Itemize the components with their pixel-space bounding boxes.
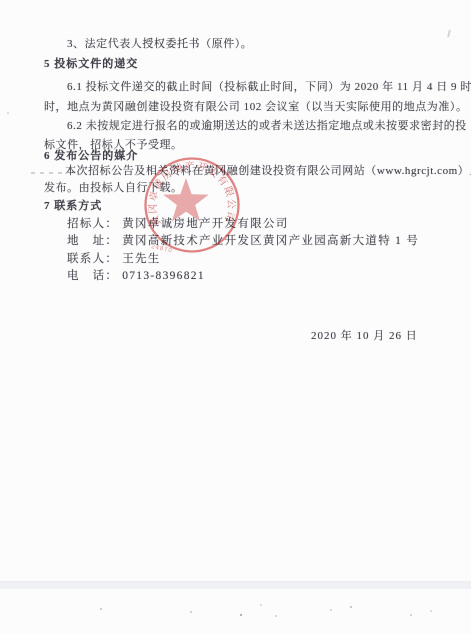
scan-artifact-tick	[447, 30, 450, 37]
scan-artifact-bottom-band	[0, 581, 471, 589]
section-5-title: 5 投标文件的递交	[44, 58, 138, 72]
address-label: 地 址：	[67, 235, 118, 247]
clause-6-2-line1: 6.2 未按规定进行报名的或逾期送达的或者未送达指定地点或未按要求密封的投	[67, 120, 467, 134]
company-seal-stamp: 黄冈卓诚房地产开发有限公司 24870	[138, 148, 248, 266]
document-page: 3、法定代表人授权委托书（原件）。 5 投标文件的递交 6.1 投标文件递交的截…	[0, 0, 471, 634]
contact-phone-row: 电 话：0713-8396821	[67, 269, 205, 283]
clause-6-1-line2: 时，地点为黄冈融创建设投资有限公司 102 会议室（以当天实际使用的地点为准）。	[44, 101, 468, 115]
document-date: 2020 年 10 月 26 日	[311, 330, 418, 344]
phone-value: 0713-8396821	[122, 270, 205, 282]
scan-artifact-dot	[7, 112, 9, 114]
section-6-title: 6 发布公告的媒介	[44, 150, 138, 164]
scan-artifact-dashes	[31, 172, 62, 174]
clause-6-1-line1: 6.1 投标文件递交的截止时间（投标截止时间，下同）为 2020 年 11 月 …	[67, 81, 471, 95]
tenderer-label: 招标人：	[67, 218, 118, 230]
phone-label: 电 话：	[67, 270, 118, 282]
clause-3: 3、法定代表人授权委托书（原件）。	[67, 38, 252, 52]
seal-star-icon	[163, 178, 209, 221]
clause-6-line1: 本次招标公告及相关资料在黄冈融创建设投资有限公司网站（www.hgrcjt.co…	[65, 165, 471, 179]
scan-artifact-speckles	[100, 608, 102, 610]
section-7-title: 7 联系方式	[44, 200, 102, 214]
person-label: 联系人：	[67, 253, 118, 265]
